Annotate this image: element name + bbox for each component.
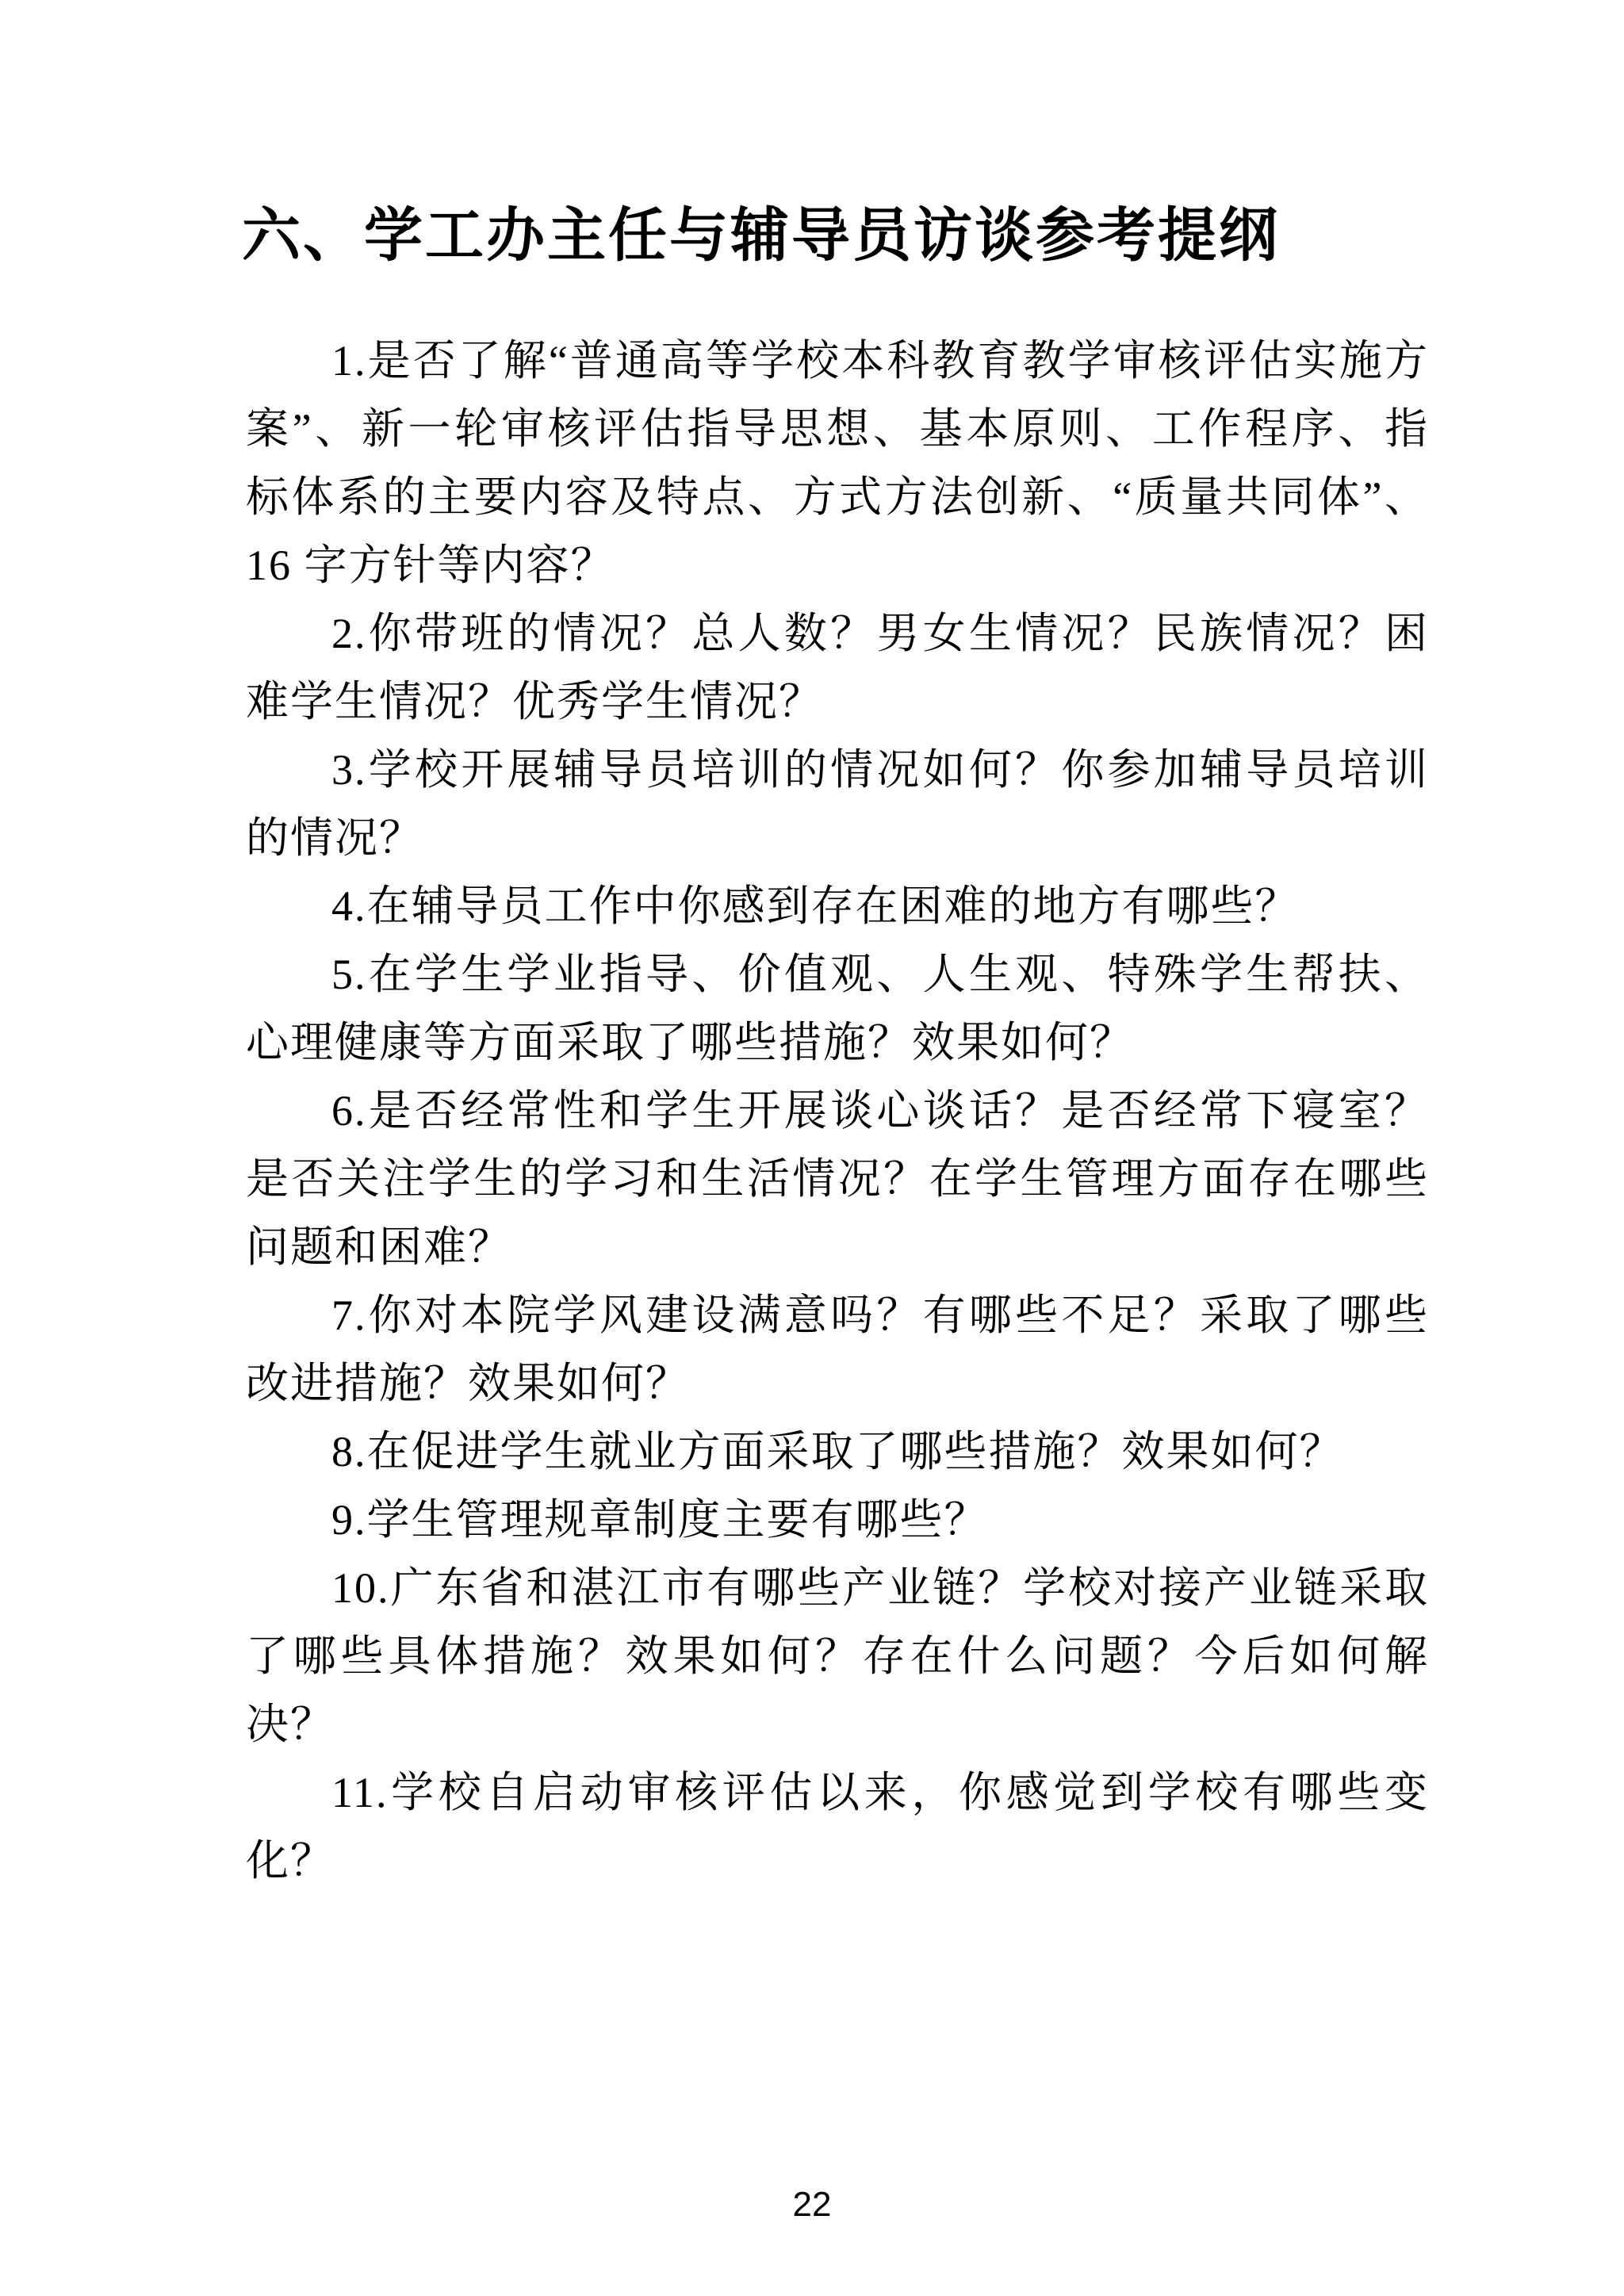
list-item: 7.你对本院学风建设满意吗？有哪些不足？采取了哪些改进措施？效果如何？ — [246, 1281, 1429, 1418]
list-item: 4.在辅导员工作中你感到存在困难的地方有哪些？ — [246, 872, 1429, 940]
list-item: 11.学校自启动审核评估以来，你感觉到学校有哪些变化？ — [246, 1758, 1429, 1895]
list-item: 10.广东省和湛江市有哪些产业链？学校对接产业链采取了哪些具体措施？效果如何？存… — [246, 1554, 1429, 1758]
list-item: 3.学校开展辅导员培训的情况如何？你参加辅导员培训的情况？ — [246, 736, 1429, 872]
list-item: 2.你带班的情况？总人数？男女生情况？民族情况？困难学生情况？优秀学生情况？ — [246, 599, 1429, 736]
page-number: 22 — [0, 2185, 1624, 2225]
section-heading: 六、学工办主任与辅导员访谈参考提纲 — [242, 189, 1280, 273]
list-item: 1.是否了解“普通高等学校本科教育教学审核评估实施方案”、新一轮审核评估指导思想… — [246, 327, 1429, 599]
list-item: 8.在促进学生就业方面采取了哪些措施？效果如何？ — [246, 1418, 1429, 1486]
list-item: 9.学生管理规章制度主要有哪些？ — [246, 1486, 1429, 1554]
question-list: 1.是否了解“普通高等学校本科教育教学审核评估实施方案”、新一轮审核评估指导思想… — [246, 327, 1429, 1895]
list-item: 6.是否经常性和学生开展谈心谈话？是否经常下寝室？是否关注学生的学习和生活情况？… — [246, 1077, 1429, 1281]
list-item: 5.在学生学业指导、价值观、人生观、特殊学生帮扶、心理健康等方面采取了哪些措施？… — [246, 940, 1429, 1077]
document-page: 六、学工办主任与辅导员访谈参考提纲 1.是否了解“普通高等学校本科教育教学审核评… — [0, 0, 1624, 2296]
